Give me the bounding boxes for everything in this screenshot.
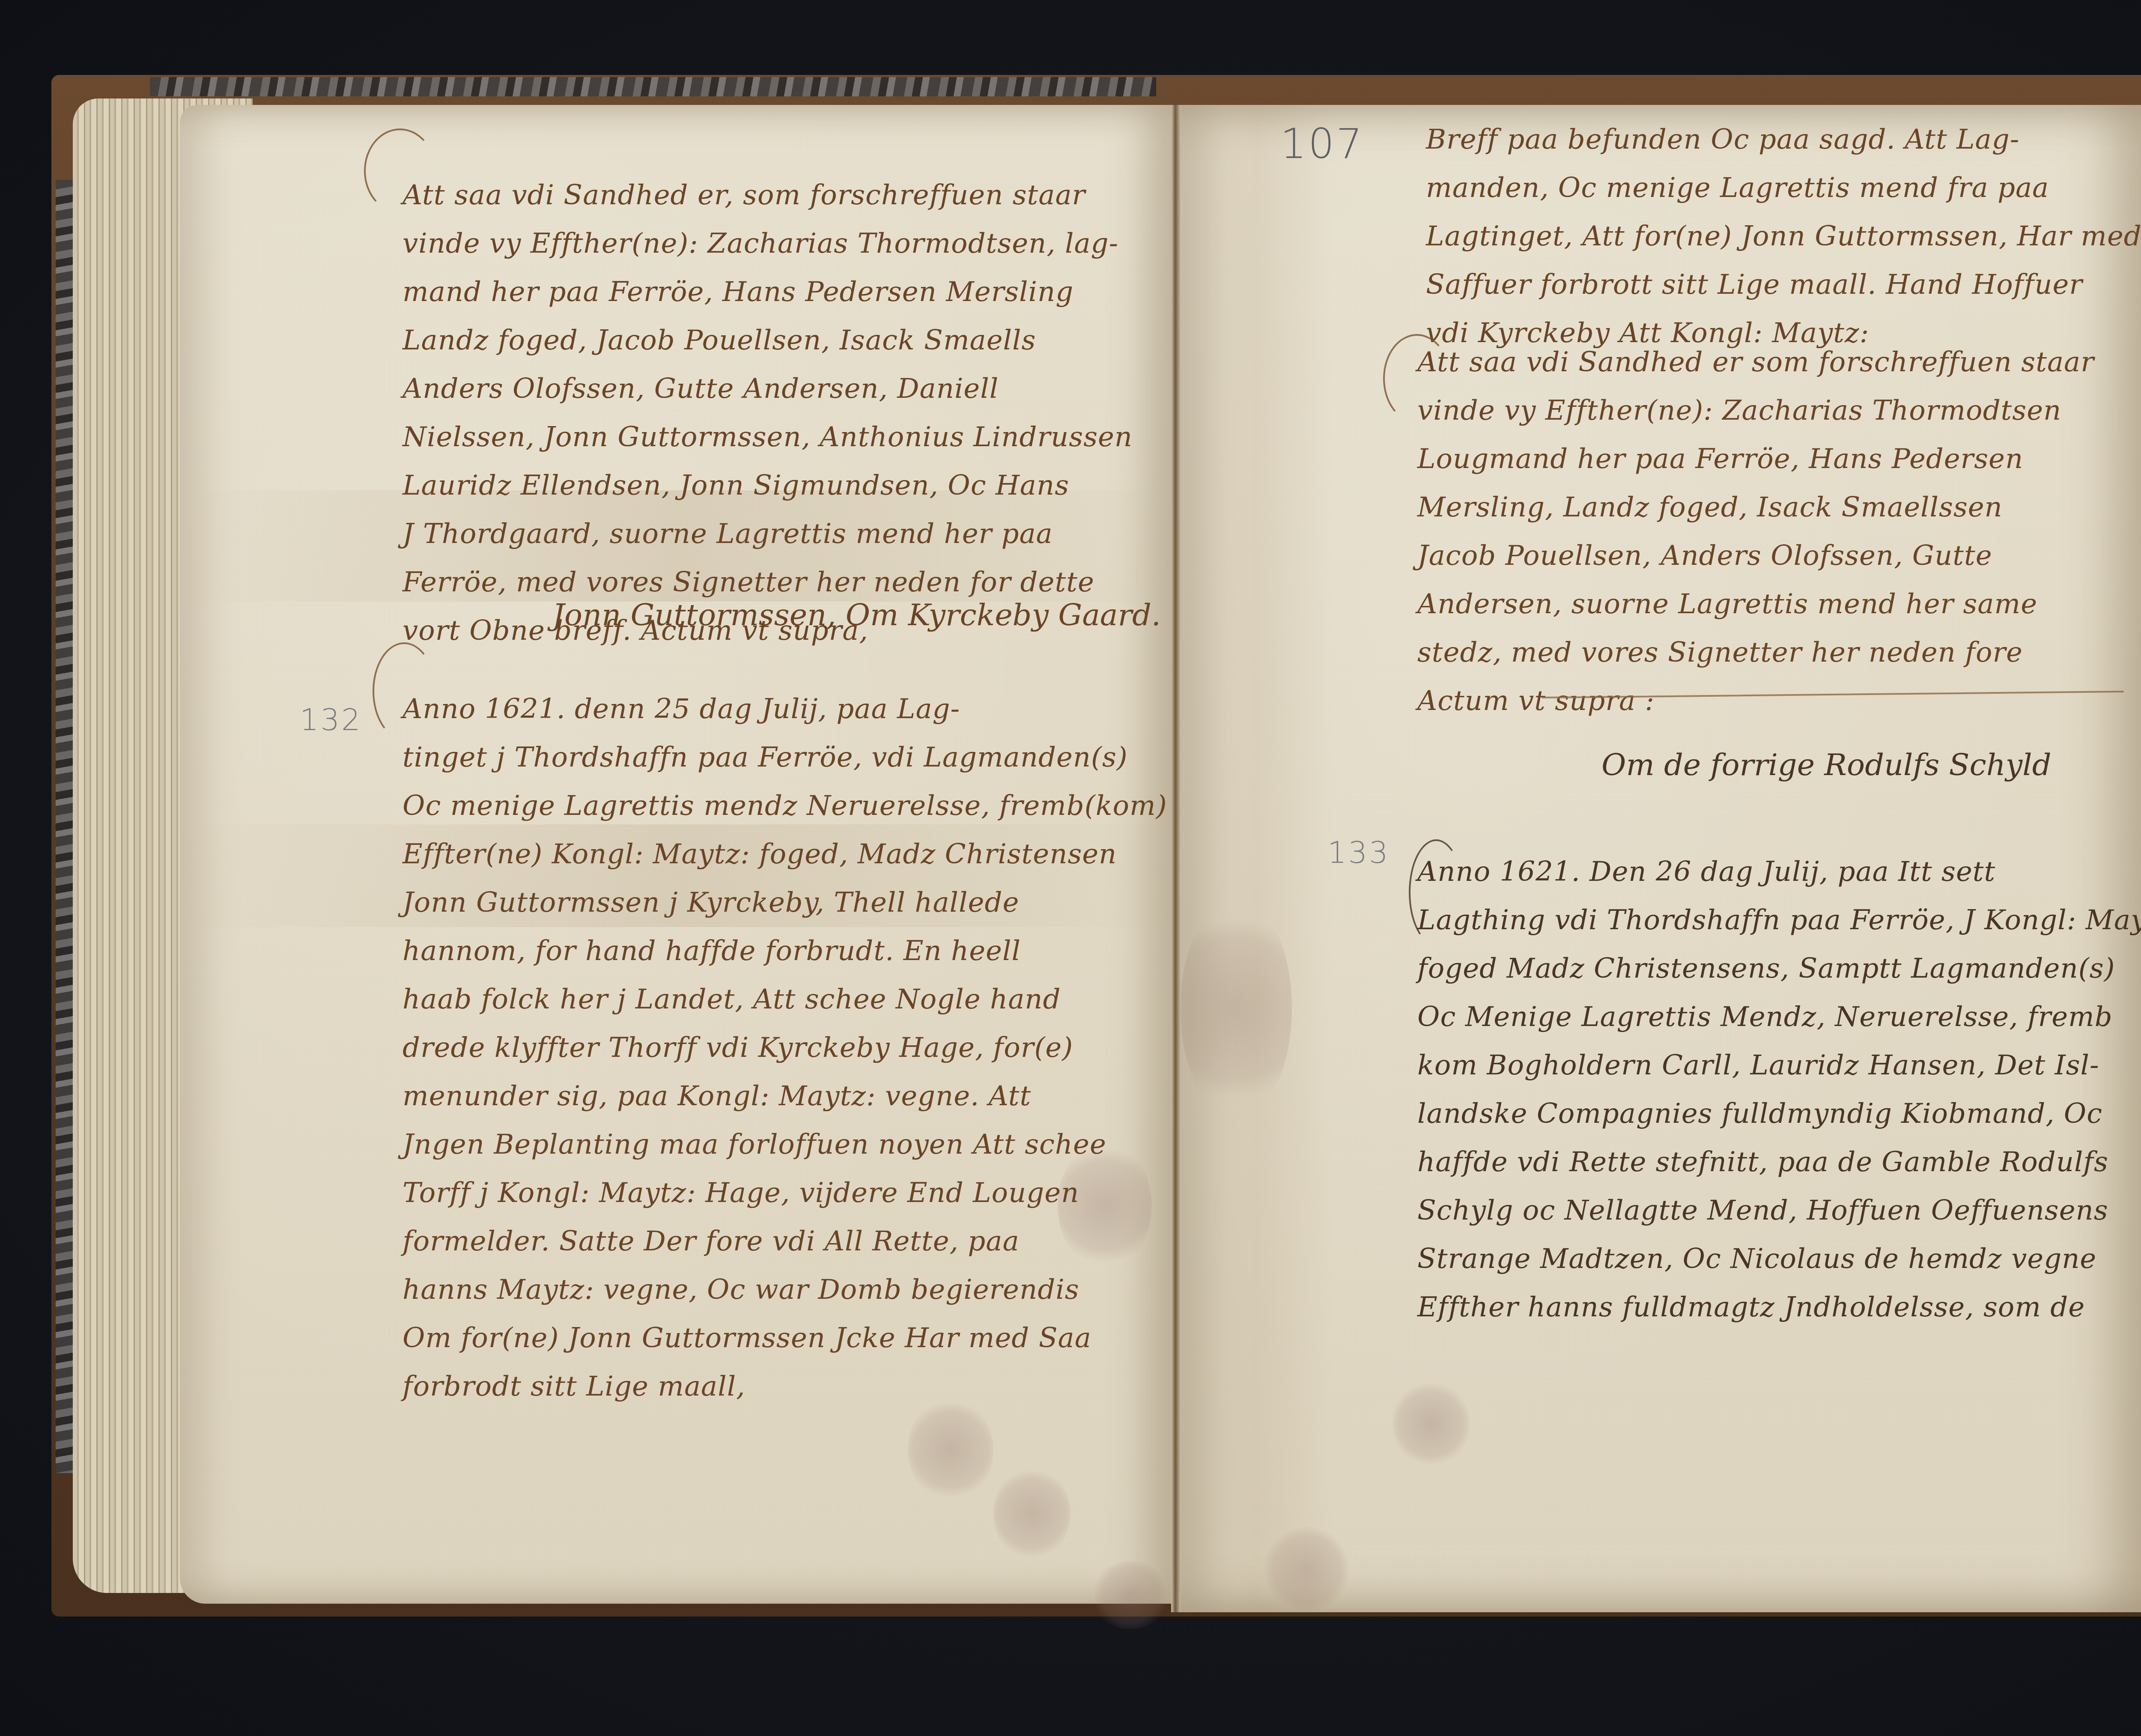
pencil-foliation-number: 107 <box>1280 120 1364 168</box>
text-line: Effter(ne) Kongl: Maytz: foged, Madz Chr… <box>403 830 1167 879</box>
text-line: Nielssen, Jonn Guttormssen, Anthonius Li… <box>403 413 1133 462</box>
stain-spot <box>1393 1381 1470 1467</box>
text-line: Anders Olofssen, Gutte Andersen, Daniell <box>403 365 1133 413</box>
text-line: manden, Oc menige Lagrettis mend fra paa <box>1426 164 2141 212</box>
text-line: Jngen Beplanting maa forloffuen noyen At… <box>403 1121 1167 1169</box>
right-entry-2: Att saa vdi Sandhed er som forschreffuen… <box>1417 338 2094 725</box>
left-entry-1: Att saa vdi Sandhed er, som forschreffue… <box>403 171 1133 655</box>
text-line: drede klyffter Thorff vdi Kyrckeby Hage,… <box>403 1024 1167 1072</box>
text-line: vinde vy Effther(ne): Zacharias Thormodt… <box>1417 387 2094 435</box>
right-entry-3: Anno 1621. Den 26 dag Julij, paa Itt set… <box>1417 848 2141 1332</box>
text-line: formelder. Satte Der fore vdi All Rette,… <box>403 1217 1167 1266</box>
text-line: haffde vdi Rette stefnitt, paa de Gamble… <box>1417 1138 2141 1187</box>
text-line: Actum vt supra : <box>1417 677 2094 725</box>
text-line: kom Bogholdern Carll, Lauridz Hansen, De… <box>1417 1041 2141 1090</box>
stain-spot <box>993 1467 1070 1561</box>
text-line: Mersling, Landz foged, Isack Smaellssen <box>1417 483 2094 532</box>
text-line: Schylg oc Nellagtte Mend, Hoffuen Oeffue… <box>1417 1187 2141 1235</box>
text-line: Lauridz Ellendsen, Jonn Sigmundsen, Oc H… <box>403 462 1133 510</box>
text-line: Anno 1621. Den 26 dag Julij, paa Itt set… <box>1417 848 2141 896</box>
text-line: vinde vy Effther(ne): Zacharias Thormodt… <box>403 220 1133 268</box>
text-line: Att saa vdi Sandhed er som forschreffuen… <box>1417 338 2094 387</box>
text-line: Lougmand her paa Ferröe, Hans Pedersen <box>1417 435 2094 483</box>
text-line: Att saa vdi Sandhed er, som forschreffue… <box>403 171 1133 220</box>
text-line: Oc Menige Lagrettis Mendz, Neruerelsse, … <box>1417 993 2141 1041</box>
text-line: Jacob Pouellsen, Anders Olofssen, Gutte <box>1417 532 2094 580</box>
text-line: Saffuer forbrott sitt Lige maall. Hand H… <box>1426 261 2141 309</box>
right-margin-number: 133 <box>1327 835 1390 870</box>
text-line: forbrodt sitt Lige maall, <box>403 1363 1167 1411</box>
text-line: haab folck her j Landet, Att schee Nogle… <box>403 975 1167 1024</box>
stain-spot <box>908 1398 993 1501</box>
text-line: foged Madz Christensens, Samptt Lagmande… <box>1417 945 2141 993</box>
right-section-heading: Om de forrige Rodulfs Schyld <box>1601 747 2052 782</box>
text-line: hanns Maytz: vegne, Oc war Domb begieren… <box>403 1266 1167 1314</box>
text-line: menunder sig, paa Kongl: Maytz: vegne. A… <box>403 1072 1167 1121</box>
text-line: Lagtinget, Att for(ne) Jonn Guttormssen,… <box>1426 212 2141 261</box>
text-line: Landz foged, Jacob Pouellsen, Isack Smae… <box>403 316 1133 365</box>
text-line: landske Compagnies fulldmyndig Kiobmand,… <box>1417 1090 2141 1138</box>
text-line: tinget j Thordshaffn paa Ferröe, vdi Lag… <box>403 734 1167 782</box>
book-gutter <box>1171 105 1181 1612</box>
text-line: J Thordgaard, suorne Lagrettis mend her … <box>403 510 1133 558</box>
gutter-stain <box>1178 105 1333 1612</box>
marbled-cover-edge-top <box>150 77 1156 96</box>
text-line: Jonn Guttormssen j Kyrckeby, Thell halle… <box>403 879 1167 927</box>
left-margin-number: 132 <box>300 702 362 737</box>
text-line: Breff paa befunden Oc paa sagd. Att Lag- <box>1426 116 2141 164</box>
left-section-heading: Jonn Guttormssen, Om Kyrckeby Gaard. <box>552 597 1161 632</box>
text-line: Effther hanns fulldmagtz Jndholdelsse, s… <box>1417 1283 2141 1332</box>
text-line: Om for(ne) Jonn Guttormssen Jcke Har med… <box>403 1314 1167 1363</box>
right-entry-1: Breff paa befunden Oc paa sagd. Att Lag-… <box>1426 116 2141 358</box>
text-line: stedz, med vores Signetter her neden for… <box>1417 629 2094 677</box>
text-line: Andersen, suorne Lagrettis mend her same <box>1417 580 2094 629</box>
text-line: Lagthing vdi Thordshaffn paa Ferröe, J K… <box>1417 896 2141 945</box>
text-line: Strange Madtzen, Oc Nicolaus de hemdz ve… <box>1417 1235 2141 1283</box>
left-entry-2: Anno 1621. denn 25 dag Julij, paa Lag- t… <box>403 685 1167 1411</box>
text-line: mand her paa Ferröe, Hans Pedersen Mersl… <box>403 268 1133 316</box>
text-line: Anno 1621. denn 25 dag Julij, paa Lag- <box>403 685 1167 734</box>
text-line: Torff j Kongl: Maytz: Hage, vijdere End … <box>403 1169 1167 1217</box>
text-line: hannom, for hand haffde forbrudt. En hee… <box>403 927 1167 975</box>
text-line: Oc menige Lagrettis mendz Neruerelsse, f… <box>403 782 1167 830</box>
stain-spot <box>1092 1561 1169 1629</box>
